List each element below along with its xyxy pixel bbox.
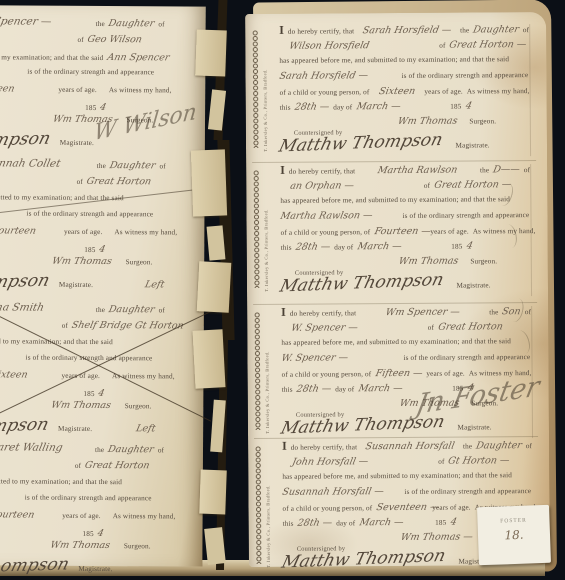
parent-name-handwritten: John Horsfall — [291, 456, 369, 468]
surgeon-signature: Wm Thomas — [400, 531, 474, 543]
printed-year: 185 [84, 246, 95, 254]
printed-text: do hereby certify, that [289, 167, 356, 175]
label-printed-text: FOSTER [477, 517, 549, 526]
magistrate-signature: Matthw Thompson [280, 546, 448, 573]
magistrate-signature: mpson [0, 415, 51, 437]
child-name-handwritten: Spencer — [0, 15, 53, 27]
printed-text: years of age. [58, 86, 97, 94]
relation-handwritten: Daughter [472, 24, 520, 35]
ornament-coil-border [253, 312, 262, 430]
printed-year: 185 [82, 530, 93, 538]
magistrate-signature: mpson [0, 271, 52, 293]
printed-text: of [524, 166, 530, 174]
printed-text: is of the ordinary strength and appearan… [402, 211, 529, 220]
printed-text: day of [335, 385, 354, 393]
printed-text: As witness my hand, [469, 369, 532, 377]
printed-text: do hereby certify, that [288, 27, 355, 35]
said-name-handwritten: Susannah Horsfall — [281, 486, 401, 498]
ornament-coil-border [254, 446, 263, 564]
printed-text: day of [334, 243, 353, 251]
day-handwritten: 28th — [296, 517, 333, 528]
certificate-entry: Spencer — the Daughter of of Geo Wilson … [0, 11, 200, 146]
printer-imprint: T. Inkersley & Co., Printers, Bradford. [262, 34, 268, 152]
printed-text: Surgeon. [471, 399, 498, 407]
certificate-entry: annah Collet the Daughter of of Great Ho… [0, 153, 199, 288]
printed-text: Surgeon. [124, 542, 151, 550]
relation-handwritten: D—— [492, 164, 521, 175]
place-handwritten: Great Horton [84, 460, 151, 471]
printer-imprint: T. Inkersley & Co., Printers, Bradford. [263, 174, 269, 292]
certificate: T. Inkersley & Co., Printers, Bradford. … [259, 306, 536, 442]
magistrate-signature: mpson [0, 129, 53, 151]
printed-text: has appeared before me, and submitted to… [282, 471, 512, 481]
year-digit-handwritten: 4 [464, 100, 472, 111]
said-name-handwritten: Martha Rawlson — [279, 210, 399, 222]
printed-text: Magistrate. [457, 423, 491, 431]
printed-text: Magistrate. [78, 565, 112, 573]
child-name-handwritten: Susannah Horsfall [360, 441, 460, 453]
age-handwritten: teen [0, 83, 16, 94]
printed-text: do hereby certify, that [291, 443, 358, 451]
printed-text: As witness my hand, [114, 228, 177, 236]
printed-text: of [77, 178, 83, 186]
certificate-separator [253, 302, 537, 305]
place-handwritten: Geo Wilson [87, 34, 144, 45]
printed-text: of [75, 462, 81, 470]
printed-text: of [523, 26, 529, 34]
printed-text: the [460, 26, 469, 34]
age-handwritten: Seventeen — [375, 502, 429, 513]
printed-year: 185 [451, 243, 462, 251]
day-handwritten: 28th — [295, 241, 332, 252]
magistrate-signature: Matthw Thompson [278, 270, 446, 297]
said-name-handwritten: Ann Spencer [106, 52, 170, 63]
printed-text: this [281, 244, 292, 252]
printed-text: years of age. [62, 512, 101, 520]
printed-year: 185 [85, 104, 96, 112]
printed-text: this [280, 104, 291, 112]
torn-paper [204, 527, 226, 565]
printed-text: As witness my hand, [467, 87, 530, 95]
month-handwritten: March — [356, 241, 402, 252]
day-handwritten: 28th — [296, 383, 333, 394]
left-annotation: Left [144, 279, 166, 290]
book-scan: Spencer — the Daughter of of Geo Wilson … [0, 0, 565, 580]
printed-text: day of [336, 519, 355, 527]
printed-text: the [489, 308, 498, 316]
printed-year: 185 [83, 390, 94, 398]
printed-text: the [97, 162, 106, 170]
printed-text: is of the ordinary strength and appearan… [25, 494, 152, 503]
printed-text: years of age. [426, 370, 465, 378]
year-digit-handwritten: 4 [97, 528, 105, 539]
printed-text: years of age. [430, 228, 469, 236]
certificate: T. Inkersley & Co., Printers, Bradford. … [258, 164, 535, 300]
day-handwritten: 28th — [294, 101, 331, 112]
child-name-handwritten: Sarah Horsfield — [357, 25, 457, 37]
printed-text: has appeared before me, and submitted to… [279, 55, 509, 65]
repair-tape [191, 149, 227, 216]
printed-text: of [428, 324, 434, 332]
label-handwritten-number: 18. [478, 527, 550, 544]
printed-text: Surgeon. [469, 117, 496, 125]
printed-year: 185 [452, 385, 463, 393]
year-digit-handwritten: 4 [99, 102, 107, 113]
age-handwritten: Fifteen — [374, 368, 423, 379]
ornament-coil-border [252, 170, 261, 288]
place-handwritten: Shelf Bridge Gt Horton [71, 320, 185, 332]
printed-text: is of the ordinary strength and appearan… [401, 71, 528, 80]
age-handwritten: Fourteen — [373, 226, 427, 237]
parent-name-handwritten: Wilson Horsfield [288, 40, 370, 52]
relation-handwritten: Daughter [107, 444, 155, 455]
printed-text: mitted to my examination; and that the s… [0, 477, 122, 486]
certificate-separator [252, 160, 536, 163]
place-handwritten: Great Horton — [448, 39, 527, 51]
parent-name-handwritten: an Orphan — [289, 180, 355, 191]
repair-tape [195, 29, 227, 76]
printed-dropcap: I [280, 166, 285, 174]
printed-text: Magistrate. [456, 281, 490, 289]
month-handwritten: March — [358, 517, 404, 528]
month-handwritten: March — [355, 101, 401, 112]
surgeon-signature: Wm Thomas [50, 400, 112, 411]
printed-year: 185 [450, 103, 461, 111]
age-handwritten: Sixteen [372, 86, 421, 97]
printed-text: is of the ordinary strength and appearan… [403, 353, 530, 362]
printed-text: of [62, 322, 68, 330]
magistrate-signature: Matthw Thompson [277, 130, 445, 157]
printed-text: to my examination; and that the said [0, 53, 103, 62]
surgeon-signature: Wm Thomas [49, 540, 111, 551]
printed-text: As witness my hand, [113, 512, 176, 520]
printed-text: of a child or young person, of [281, 228, 371, 237]
printed-dropcap: I [281, 308, 286, 316]
printed-text: Magistrate. [456, 141, 490, 149]
printed-text: is of the ordinary strength and appearan… [26, 210, 153, 219]
age-handwritten: Fourteen [0, 225, 37, 236]
printer-imprint: T. Inkersley & Co., Printers, Bradford. [264, 316, 270, 434]
magistrate-signature: hompson [0, 554, 71, 576]
printed-text: of [158, 20, 164, 28]
printed-text: of a child or young person, of [280, 88, 370, 97]
printed-text: Surgeon. [470, 257, 497, 265]
printed-year: 185 [435, 519, 446, 527]
printed-text: day of [333, 103, 352, 111]
printed-text: of a child or young person, of [282, 370, 372, 379]
printed-text: of [158, 446, 164, 454]
printed-text: As witness my hand, [109, 86, 172, 94]
relation-handwritten: Daughter [108, 18, 156, 29]
printed-text: years of age. [64, 228, 103, 236]
age-handwritten: Sixteen [0, 369, 29, 380]
surgeon-signature: Wm Thomas [52, 114, 114, 125]
said-name-handwritten: W. Spencer — [280, 352, 400, 364]
printed-text: has appeared before me, and submitted to… [280, 195, 510, 205]
printed-text: Surgeon. [127, 116, 154, 124]
printed-dropcap: I [279, 26, 284, 34]
printed-text: the [96, 20, 105, 28]
place-handwritten: Great Horton [86, 176, 153, 187]
place-handwritten: Gt Horton — [447, 455, 510, 466]
printed-text: of [439, 42, 445, 50]
right-page: T. Inkersley & Co., Printers, Bradford. … [245, 12, 550, 567]
said-name-handwritten: Sarah Horsfield — [278, 70, 398, 82]
certificate-entry: garet Walling the Daughter of of Great H… [0, 437, 197, 572]
printed-text: has appeared before me, and submitted to… [281, 337, 511, 347]
printed-dropcap: I [282, 442, 287, 450]
printed-text: is of the ordinary strength and appearan… [27, 68, 154, 77]
parent-name-handwritten: W. Spencer — [290, 322, 359, 333]
certificate-entry: tha Smith the Daughter of of Shelf Bridg… [0, 297, 198, 432]
printed-text: Surgeon. [126, 258, 153, 266]
printed-text: of [525, 308, 531, 316]
year-digit-handwritten: 4 [449, 517, 457, 528]
printed-text: years of age. [424, 88, 463, 96]
printed-text: Magistrate. [60, 139, 94, 147]
printer-imprint: T. Inkersley & Co., Printers, Bradford. [265, 450, 271, 568]
child-name-handwritten: Wm Spencer — [359, 306, 486, 318]
month-handwritten: March — [357, 383, 403, 394]
surgeon-signature: Wm Thomas [51, 256, 113, 267]
torn-paper [208, 89, 226, 130]
printed-text: the [480, 166, 489, 174]
relation-handwritten: Daughter [108, 304, 156, 315]
surgeon-signature: Wm Thomas [397, 116, 459, 127]
repair-tape [197, 261, 232, 313]
child-name-handwritten: annah Collet [0, 157, 62, 169]
printed-text: of [438, 458, 444, 466]
printed-text: is of the ordinary strength and appearan… [404, 487, 531, 496]
surgeon-signature: Wm Thomas [399, 398, 461, 409]
printed-text: of [160, 162, 166, 170]
printed-text: the [96, 306, 105, 314]
printed-text: Surgeon. [125, 402, 152, 410]
printed-text: of [77, 36, 83, 44]
year-digit-handwritten: 4 [97, 388, 105, 399]
archive-label: FOSTER 18. [477, 505, 551, 565]
printed-text: of [159, 306, 165, 314]
relation-handwritten: Daughter [109, 160, 157, 171]
child-name-handwritten: tha Smith [0, 301, 45, 313]
torn-paper [207, 225, 226, 260]
place-handwritten: Great Horton [437, 321, 504, 332]
printed-text: Magistrate. [58, 425, 92, 433]
magistrate-signature: Matthw Thompson [279, 412, 447, 439]
printed-text: of [526, 442, 532, 450]
printed-text: the [463, 442, 472, 450]
child-name-handwritten: garet Walling [0, 441, 64, 453]
year-digit-handwritten: 4 [98, 244, 106, 255]
child-name-handwritten: Martha Rawlson [358, 164, 477, 176]
surgeon-signature: Wm Thomas [398, 256, 460, 267]
year-digit-handwritten: 4 [466, 382, 474, 393]
relation-handwritten: Daughter [475, 440, 523, 451]
printed-text: this [282, 386, 293, 394]
printed-text: the [95, 446, 104, 454]
binding-gutter [190, 0, 252, 580]
printed-text: do hereby certify, that [290, 309, 357, 317]
printed-text: of [424, 182, 430, 190]
age-handwritten: Fourteen [0, 509, 35, 520]
printed-text: Magistrate. [59, 281, 93, 289]
repair-tape [199, 470, 227, 515]
year-digit-handwritten: 4 [465, 240, 473, 251]
repair-tape [193, 329, 226, 388]
left-annotation: Left [135, 423, 157, 434]
ornament-coil-border [251, 30, 260, 148]
certificate: T. Inkersley & Co., Printers, Bradford. … [257, 24, 534, 160]
left-page: Spencer — the Daughter of of Geo Wilson … [0, 5, 206, 566]
printed-text: of a child or young person, of [283, 504, 373, 513]
printed-text: this [283, 520, 294, 528]
